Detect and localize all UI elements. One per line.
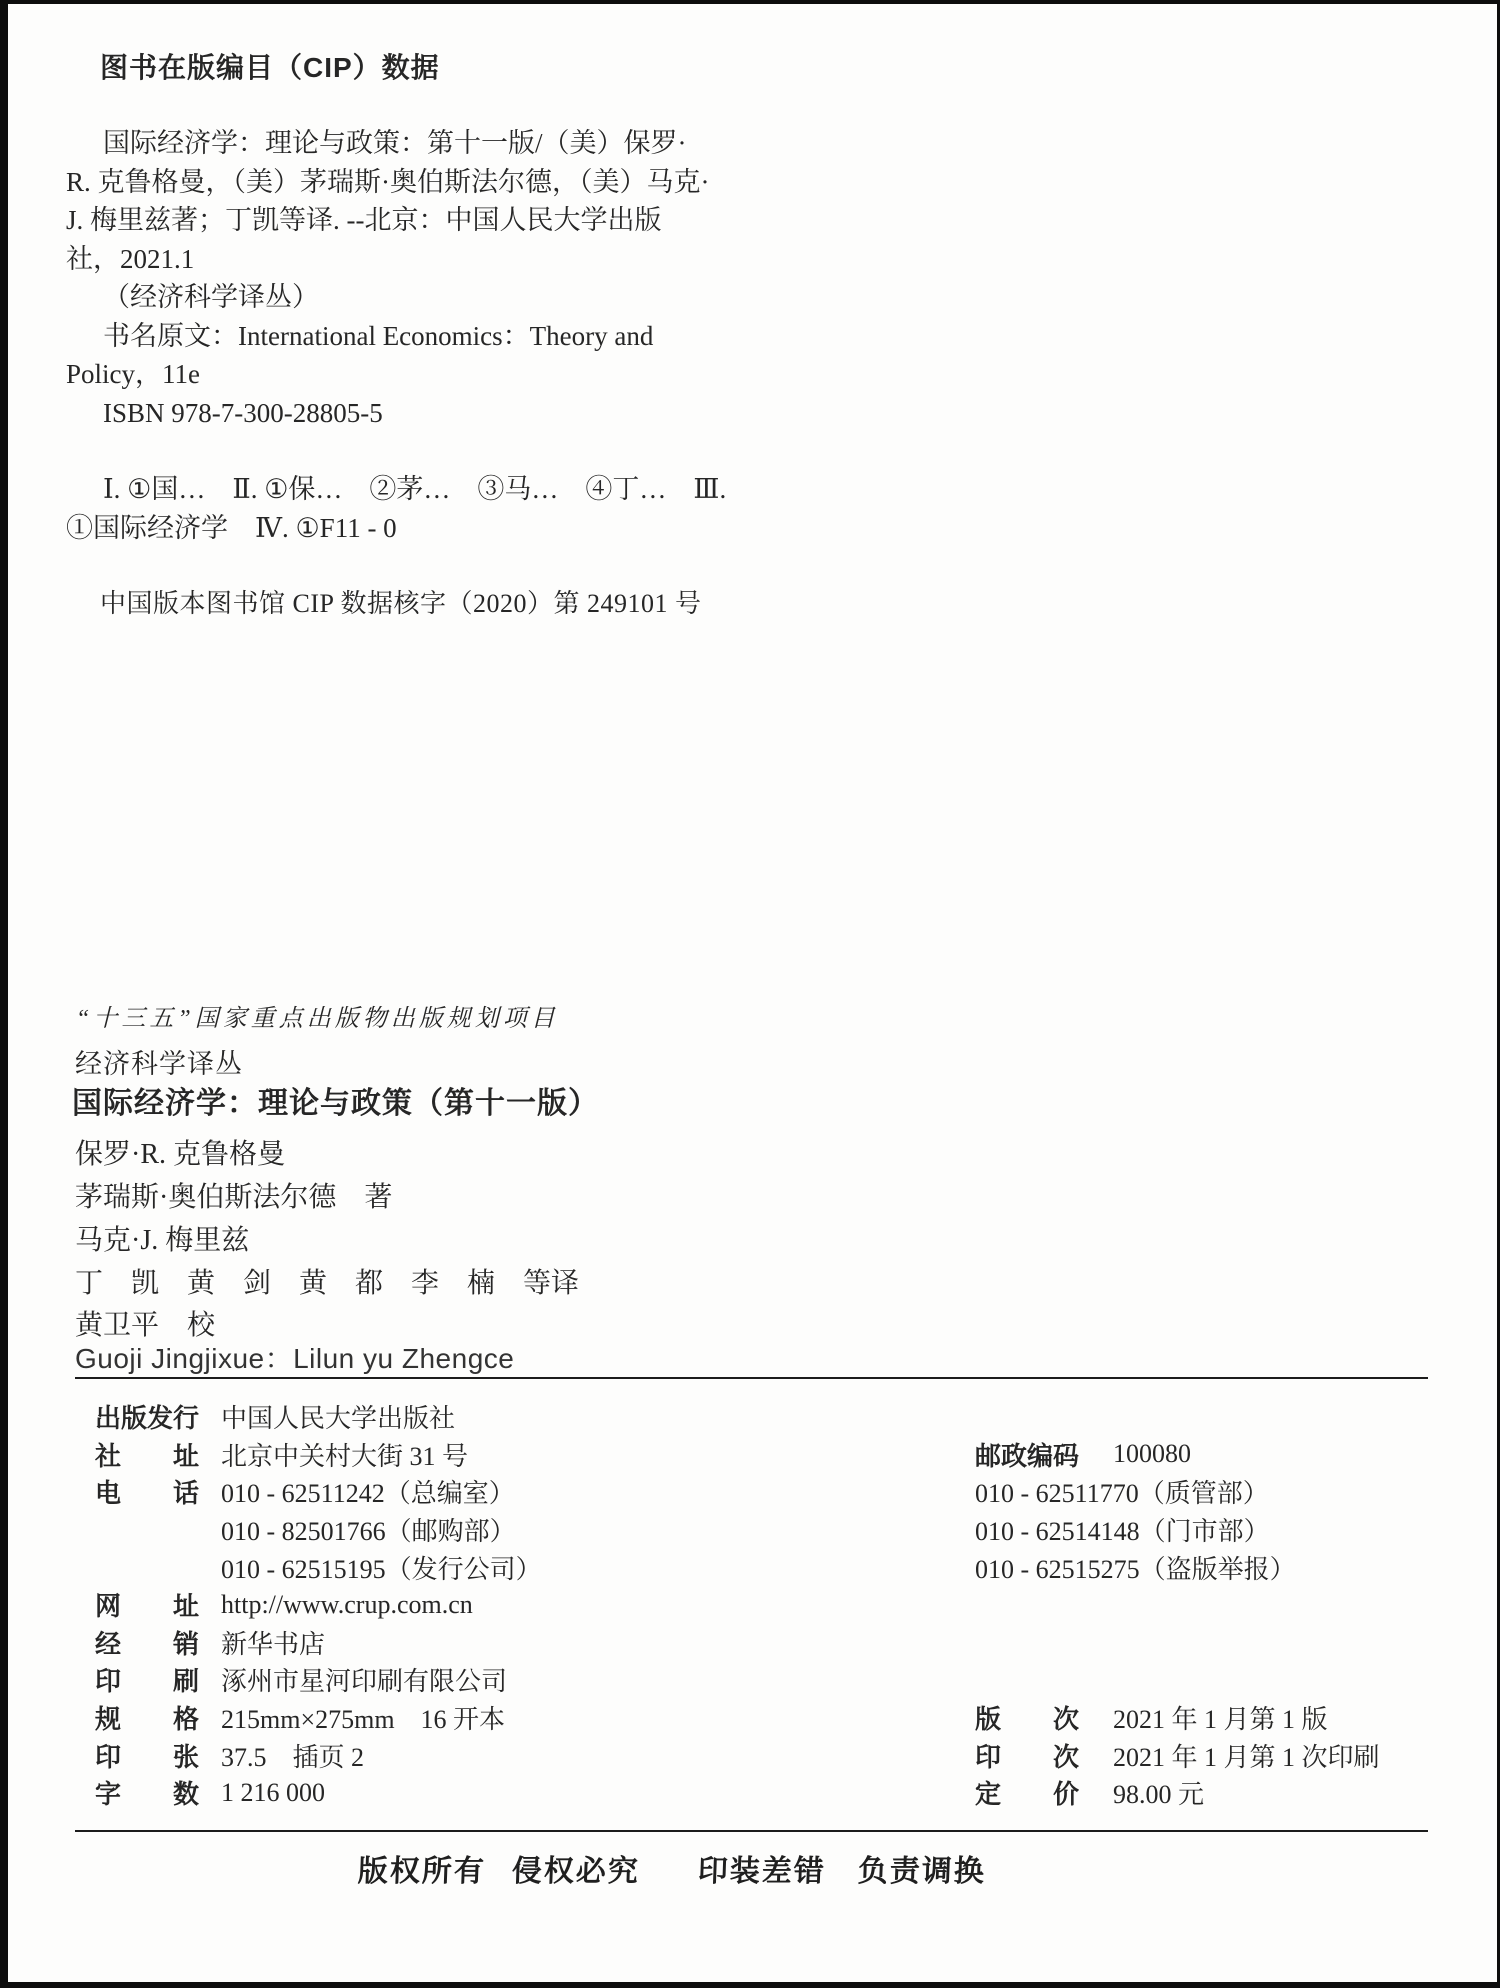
cip-original-title-line: Policy，11e bbox=[66, 355, 1266, 394]
classification-line: ①国际经济学 Ⅳ. ①F11 - 0 bbox=[66, 509, 1266, 548]
pub-right-label: 定 价 bbox=[975, 1774, 1079, 1811]
pub-left-label: 印 张 bbox=[95, 1737, 207, 1774]
pub-right-value: 010 - 62511770（质管部） bbox=[975, 1473, 1269, 1510]
cip-original-title-line: 书名原文：International Economics：Theory and bbox=[66, 317, 1266, 356]
pub-left-label: 印 刷 bbox=[95, 1661, 207, 1698]
scan-edge-left bbox=[0, 0, 8, 1988]
pub-info-row: 社 址 北京中关村大街 31 号 邮政编码 100080 bbox=[95, 1436, 1455, 1474]
scan-edge-bottom bbox=[0, 1982, 1500, 1988]
pub-info-row: 印 张 37.5 插页 2 印 次 2021 年 1 月第 1 次印刷 bbox=[95, 1736, 1455, 1774]
pub-info-row: 网 址 http://www.crup.com.cn bbox=[95, 1586, 1455, 1624]
author-line-3: 马克·J. 梅里兹 bbox=[75, 1218, 249, 1258]
pub-info-row: 印 刷 涿州市星河印刷有限公司 bbox=[95, 1661, 1455, 1699]
notice-phrase: 负责调换 bbox=[857, 1846, 987, 1890]
pub-left-value: 新华书店 bbox=[221, 1624, 975, 1661]
pub-left-value: 010 - 62515195（发行公司） bbox=[221, 1549, 975, 1586]
pub-info-row: 字 数 1 216 000 定 价 98.00 元 bbox=[95, 1774, 1455, 1812]
pub-left-value: 中国人民大学出版社 bbox=[221, 1398, 975, 1435]
pub-left-label: 社 址 bbox=[95, 1436, 207, 1473]
pub-left-value: http://www.crup.com.cn bbox=[221, 1590, 975, 1620]
isbn-number: ISBN 978-7-300-28805-5 bbox=[66, 394, 1266, 433]
cip-record-line: 国际经济学：理论与政策：第十一版/（美）保罗· bbox=[66, 124, 1266, 163]
pub-right-label: 版 次 bbox=[975, 1699, 1079, 1736]
cip-series-note: （经济科学译丛） bbox=[66, 278, 1266, 317]
cip-record-line: 社，2021.1 bbox=[66, 240, 1266, 279]
pub-right-value: 2021 年 1 月第 1 次印刷 bbox=[1113, 1737, 1380, 1774]
pub-left-label: 字 数 bbox=[95, 1774, 207, 1811]
pub-info-row: 010 - 82501766（邮购部） 010 - 62514148（门市部） bbox=[95, 1511, 1455, 1549]
copyright-notice: 版权所有 侵权必究 印装差错 负责调换 bbox=[0, 1846, 1500, 1890]
divider-rule-bottom bbox=[75, 1830, 1428, 1832]
pub-info-row: 经 销 新华书店 bbox=[95, 1624, 1455, 1662]
pinyin-title: Guoji Jingjixue：Lilun yu Zhengce bbox=[75, 1337, 514, 1377]
pub-right-value: 010 - 62515275（盗版举报） bbox=[975, 1549, 1296, 1586]
pub-right-value: 100080 bbox=[1113, 1439, 1191, 1469]
cip-record-line: J. 梅里兹著；丁凯等译. --北京：中国人民大学出版 bbox=[66, 201, 1266, 240]
cip-classification: Ⅰ. ①国… Ⅱ. ①保… ②茅… ③马… ④丁… Ⅲ. ①国际经济学 Ⅳ. ①… bbox=[66, 470, 1266, 547]
pub-left-value: 37.5 插页 2 bbox=[221, 1737, 975, 1774]
author-line-1: 保罗·R. 克鲁格曼 bbox=[75, 1132, 285, 1172]
series-name: 经济科学译丛 bbox=[75, 1042, 243, 1081]
pub-info-row: 出版发行 中国人民大学出版社 bbox=[95, 1398, 1455, 1436]
copyright-page: 图书在版编目（CIP）数据 国际经济学：理论与政策：第十一版/（美）保罗· R.… bbox=[0, 0, 1500, 1988]
pub-left-value: 010 - 62511242（总编室） bbox=[221, 1473, 975, 1510]
notice-phrase: 侵权必究 bbox=[511, 1846, 641, 1890]
pub-left-label: 出版发行 bbox=[95, 1398, 207, 1435]
pub-left-label: 规 格 bbox=[95, 1699, 207, 1736]
pub-right-value: 2021 年 1 月第 1 版 bbox=[1113, 1699, 1328, 1736]
pub-right-value: 98.00 元 bbox=[1113, 1774, 1204, 1811]
notice-phrase: 印装差错 bbox=[697, 1846, 827, 1890]
classification-line: Ⅰ. ①国… Ⅱ. ①保… ②茅… ③马… ④丁… Ⅲ. bbox=[66, 470, 1266, 509]
cip-registry-number: 中国版本图书馆 CIP 数据核字（2020）第 249101 号 bbox=[100, 583, 702, 620]
pub-left-label: 网 址 bbox=[95, 1586, 207, 1623]
pub-info-row: 规 格 215mm×275mm 16 开本 版 次 2021 年 1 月第 1 … bbox=[95, 1699, 1455, 1737]
pub-info-row: 电 话 010 - 62511242（总编室） 010 - 62511770（质… bbox=[95, 1473, 1455, 1511]
pub-info-row: 010 - 62515195（发行公司） 010 - 62515275（盗版举报… bbox=[95, 1548, 1455, 1586]
notice-phrase: 版权所有 bbox=[357, 1846, 487, 1890]
pub-left-value: 北京中关村大街 31 号 bbox=[221, 1436, 975, 1473]
cip-record-block: 国际经济学：理论与政策：第十一版/（美）保罗· R. 克鲁格曼，（美）茅瑞斯·奥… bbox=[66, 124, 1266, 432]
publication-info: 出版发行 中国人民大学出版社 社 址 北京中关村大街 31 号 邮政编码 100… bbox=[95, 1398, 1455, 1812]
cip-header: 图书在版编目（CIP）数据 bbox=[100, 46, 440, 86]
pub-left-value: 010 - 82501766（邮购部） bbox=[221, 1511, 975, 1548]
pub-left-value: 涿州市星河印刷有限公司 bbox=[221, 1661, 975, 1698]
divider-rule-top bbox=[75, 1377, 1428, 1379]
book-title: 国际经济学：理论与政策（第十一版） bbox=[72, 1078, 599, 1122]
author-line-2: 茅瑞斯·奥伯斯法尔德 著 bbox=[75, 1175, 392, 1215]
scan-edge-top bbox=[0, 0, 1500, 4]
pub-right-label: 邮政编码 bbox=[975, 1436, 1079, 1473]
pub-left-label: 经 销 bbox=[95, 1624, 207, 1661]
translators-line: 丁 凯 黄 剑 黄 都 李 楠 等译 bbox=[75, 1261, 579, 1301]
pub-left-value: 215mm×275mm 16 开本 bbox=[221, 1699, 975, 1736]
pub-left-label: 电 话 bbox=[95, 1473, 207, 1510]
project-line: “十三五”国家重点出版物出版规划项目 bbox=[76, 998, 559, 1033]
pub-right-label: 印 次 bbox=[975, 1737, 1079, 1774]
pub-left-value: 1 216 000 bbox=[221, 1778, 975, 1808]
cip-record-line: R. 克鲁格曼，（美）茅瑞斯·奥伯斯法尔德，（美）马克· bbox=[66, 163, 1266, 202]
pub-right-value: 010 - 62514148（门市部） bbox=[975, 1511, 1270, 1548]
